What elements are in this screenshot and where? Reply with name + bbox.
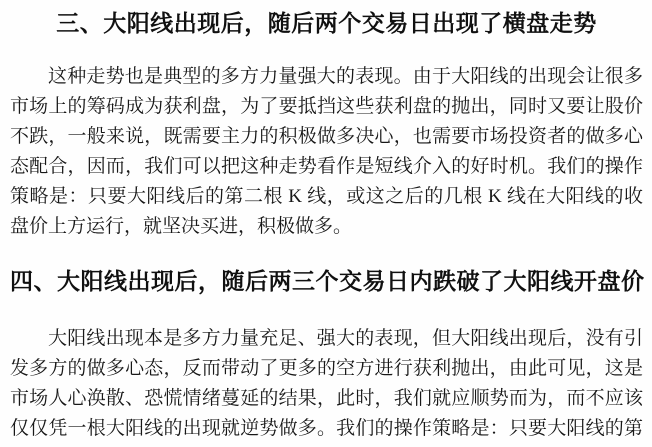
section-3-paragraph: 这种走势也是典型的多方力量强大的表现。由于大阳线的出现会让很多 市场上的筹码成为… [10,62,643,242]
section-4-paragraph: 大阳线出现本是多方力量充足、强大的表现，但大阳线出现后，没有引 发多方的做多心态… [10,324,643,444]
paragraph-line: 市场人心涣散、恐慌情绪蔓延的结果，此时，我们就应顺势而为，而不应该 [10,384,643,414]
section-4-heading: 四、大阳线出现后，随后两三个交易日内跌破了大阳线开盘价 [10,266,643,296]
paragraph-line: 仅仅凭一根大阳线的出现就逆势做多。我们的操作策略是：只要大阳线的第 [10,414,643,444]
paragraph-line: 盘价上方运行，就坚决买进，积极做多。 [10,212,643,242]
paragraph-line: 态配合，因而，我们可以把这种走势看作是短线介入的好时机。我们的操作 [10,152,643,182]
paragraph-line: 不跌，一般来说，既需要主力的积极做多决心，也需要市场投资者的做多心 [10,122,643,152]
paragraph-line: 大阳线出现本是多方力量充足、强大的表现，但大阳线出现后，没有引 [10,324,643,354]
paragraph-line: 这种走势也是典型的多方力量强大的表现。由于大阳线的出现会让很多 [10,62,643,92]
section-3-heading: 三、大阳线出现后，随后两个交易日出现了横盘走势 [10,8,643,38]
paragraph-line: 策略是：只要大阳线后的第二根 K 线，或这之后的几根 K 线在大阳线的收 [10,182,643,212]
paragraph-line: 市场上的筹码成为获利盘，为了要抵挡这些获利盘的抛出，同时又要让股价 [10,92,643,122]
book-page: 三、大阳线出现后，随后两个交易日出现了横盘走势 这种走势也是典型的多方力量强大的… [0,0,652,447]
paragraph-line: 发多方的做多心态，反而带动了更多的空方进行获利抛出，由此可见，这是 [10,354,643,384]
